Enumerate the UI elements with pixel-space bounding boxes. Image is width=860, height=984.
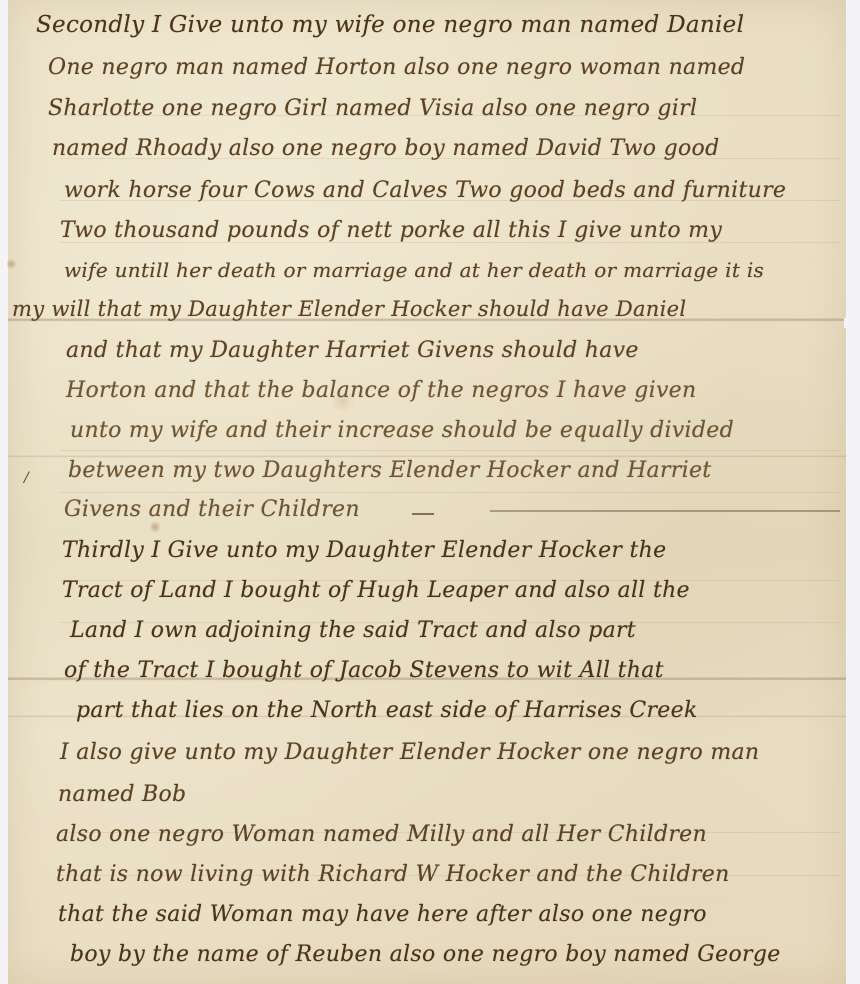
manuscript-line: boy by the name of Reuben also one negro… [70, 942, 781, 967]
manuscript-line: unto my wife and their increase should b… [70, 418, 734, 443]
manuscript-line: that is now living with Richard W Hocker… [56, 862, 730, 887]
ink-stain [150, 520, 160, 534]
manuscript-line: part that lies on the North east side of… [76, 698, 698, 723]
manuscript-line: that the said Woman may have here after … [58, 902, 707, 927]
manuscript-line: I also give unto my Daughter Elender Hoc… [60, 740, 759, 765]
manuscript-line: named Rhoady also one negro boy named Da… [52, 136, 719, 161]
manuscript-line: work horse four Cows and Calves Two good… [64, 178, 786, 203]
ink-stain [6, 258, 16, 270]
manuscript-line: Two thousand pounds of nett porke all th… [60, 218, 722, 243]
line-filler-dash [412, 513, 434, 515]
manuscript-line: named Bob [58, 782, 186, 807]
manuscript-line: Thirdly I Give unto my Daughter Elender … [62, 538, 666, 563]
manuscript-line: wife untill her death or marriage and at… [64, 258, 764, 282]
manuscript-line: Secondly I Give unto my wife one negro m… [36, 12, 744, 38]
manuscript-line: Horton and that the balance of the negro… [66, 378, 696, 403]
manuscript-line: and that my Daughter Harriet Givens shou… [66, 338, 639, 363]
manuscript-line: of the Tract I bought of Jacob Stevens t… [64, 658, 664, 683]
manuscript-line: also one negro Woman named Milly and all… [56, 822, 707, 847]
manuscript-line: One negro man named Horton also one negr… [48, 55, 745, 80]
paper-edge-notch [844, 318, 850, 328]
manuscript-line: my will that my Daughter Elender Hocker … [12, 297, 686, 321]
manuscript-line: Givens and their Children [64, 497, 360, 522]
manuscript-line: Tract of Land I bought of Hugh Leaper an… [62, 578, 690, 603]
ruled-line [60, 492, 840, 493]
margin-tick-mark: / [24, 470, 29, 486]
ruled-line [60, 450, 840, 451]
manuscript-line: Land I own adjoining the said Tract and … [70, 618, 636, 643]
manuscript-line: Sharlotte one negro Girl named Visia als… [48, 96, 697, 121]
line-filler-dash [490, 510, 840, 512]
manuscript-line: between my two Daughters Elender Hocker … [68, 458, 711, 483]
